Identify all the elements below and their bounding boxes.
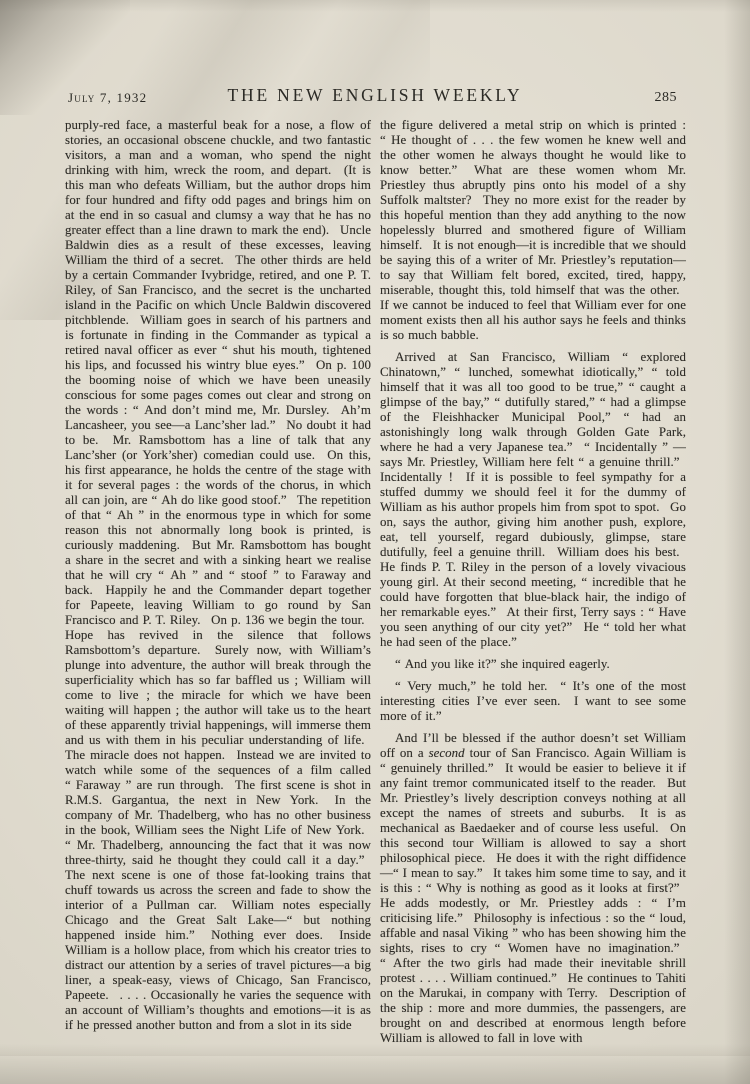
paragraph: And I’ll be blessed if the author doesn’…	[380, 731, 686, 1046]
text-segment: tour of San Francisco. Again William is …	[380, 746, 686, 1045]
paragraph: “ Very much,” he told her. “ It’s one of…	[380, 679, 686, 724]
column-right: the figure delivered a metal strip on wh…	[380, 118, 686, 1046]
scan-edge-shadow-right	[724, 0, 750, 1084]
scan-edge-shadow-top	[0, 0, 750, 12]
page-header: July 7, 1932 THE NEW ENGLISH WEEKLY 285	[65, 84, 685, 106]
text-segment: the figure delivered a metal strip on wh…	[380, 118, 686, 342]
scanned-magazine-page: July 7, 1932 THE NEW ENGLISH WEEKLY 285 …	[0, 0, 750, 1084]
italic-text-segment: second	[429, 746, 465, 760]
text-segment: “ Very much,” he told her. “ It’s one of…	[380, 679, 686, 723]
article-body: purply-red face, a masterful beak for a …	[65, 118, 686, 1046]
scan-edge-shadow-bottom	[0, 1054, 750, 1084]
paragraph: Arrived at San Francisco, William “ expl…	[380, 350, 686, 650]
issue-date: July 7, 1932	[68, 90, 147, 106]
paragraph: “ And you like it?” she inquired eagerly…	[380, 657, 686, 672]
paragraph: purply-red face, a masterful beak for a …	[65, 118, 371, 1033]
paragraph: the figure delivered a metal strip on wh…	[380, 118, 686, 343]
publication-title: THE NEW ENGLISH WEEKLY	[228, 85, 523, 106]
column-left: purply-red face, a masterful beak for a …	[65, 118, 371, 1046]
text-segment: “ And you like it?” she inquired eagerly…	[395, 657, 610, 671]
text-segment: purply-red face, a masterful beak for a …	[65, 118, 371, 1032]
page-number: 285	[655, 90, 678, 106]
text-segment: Arrived at San Francisco, William “ expl…	[380, 350, 686, 649]
